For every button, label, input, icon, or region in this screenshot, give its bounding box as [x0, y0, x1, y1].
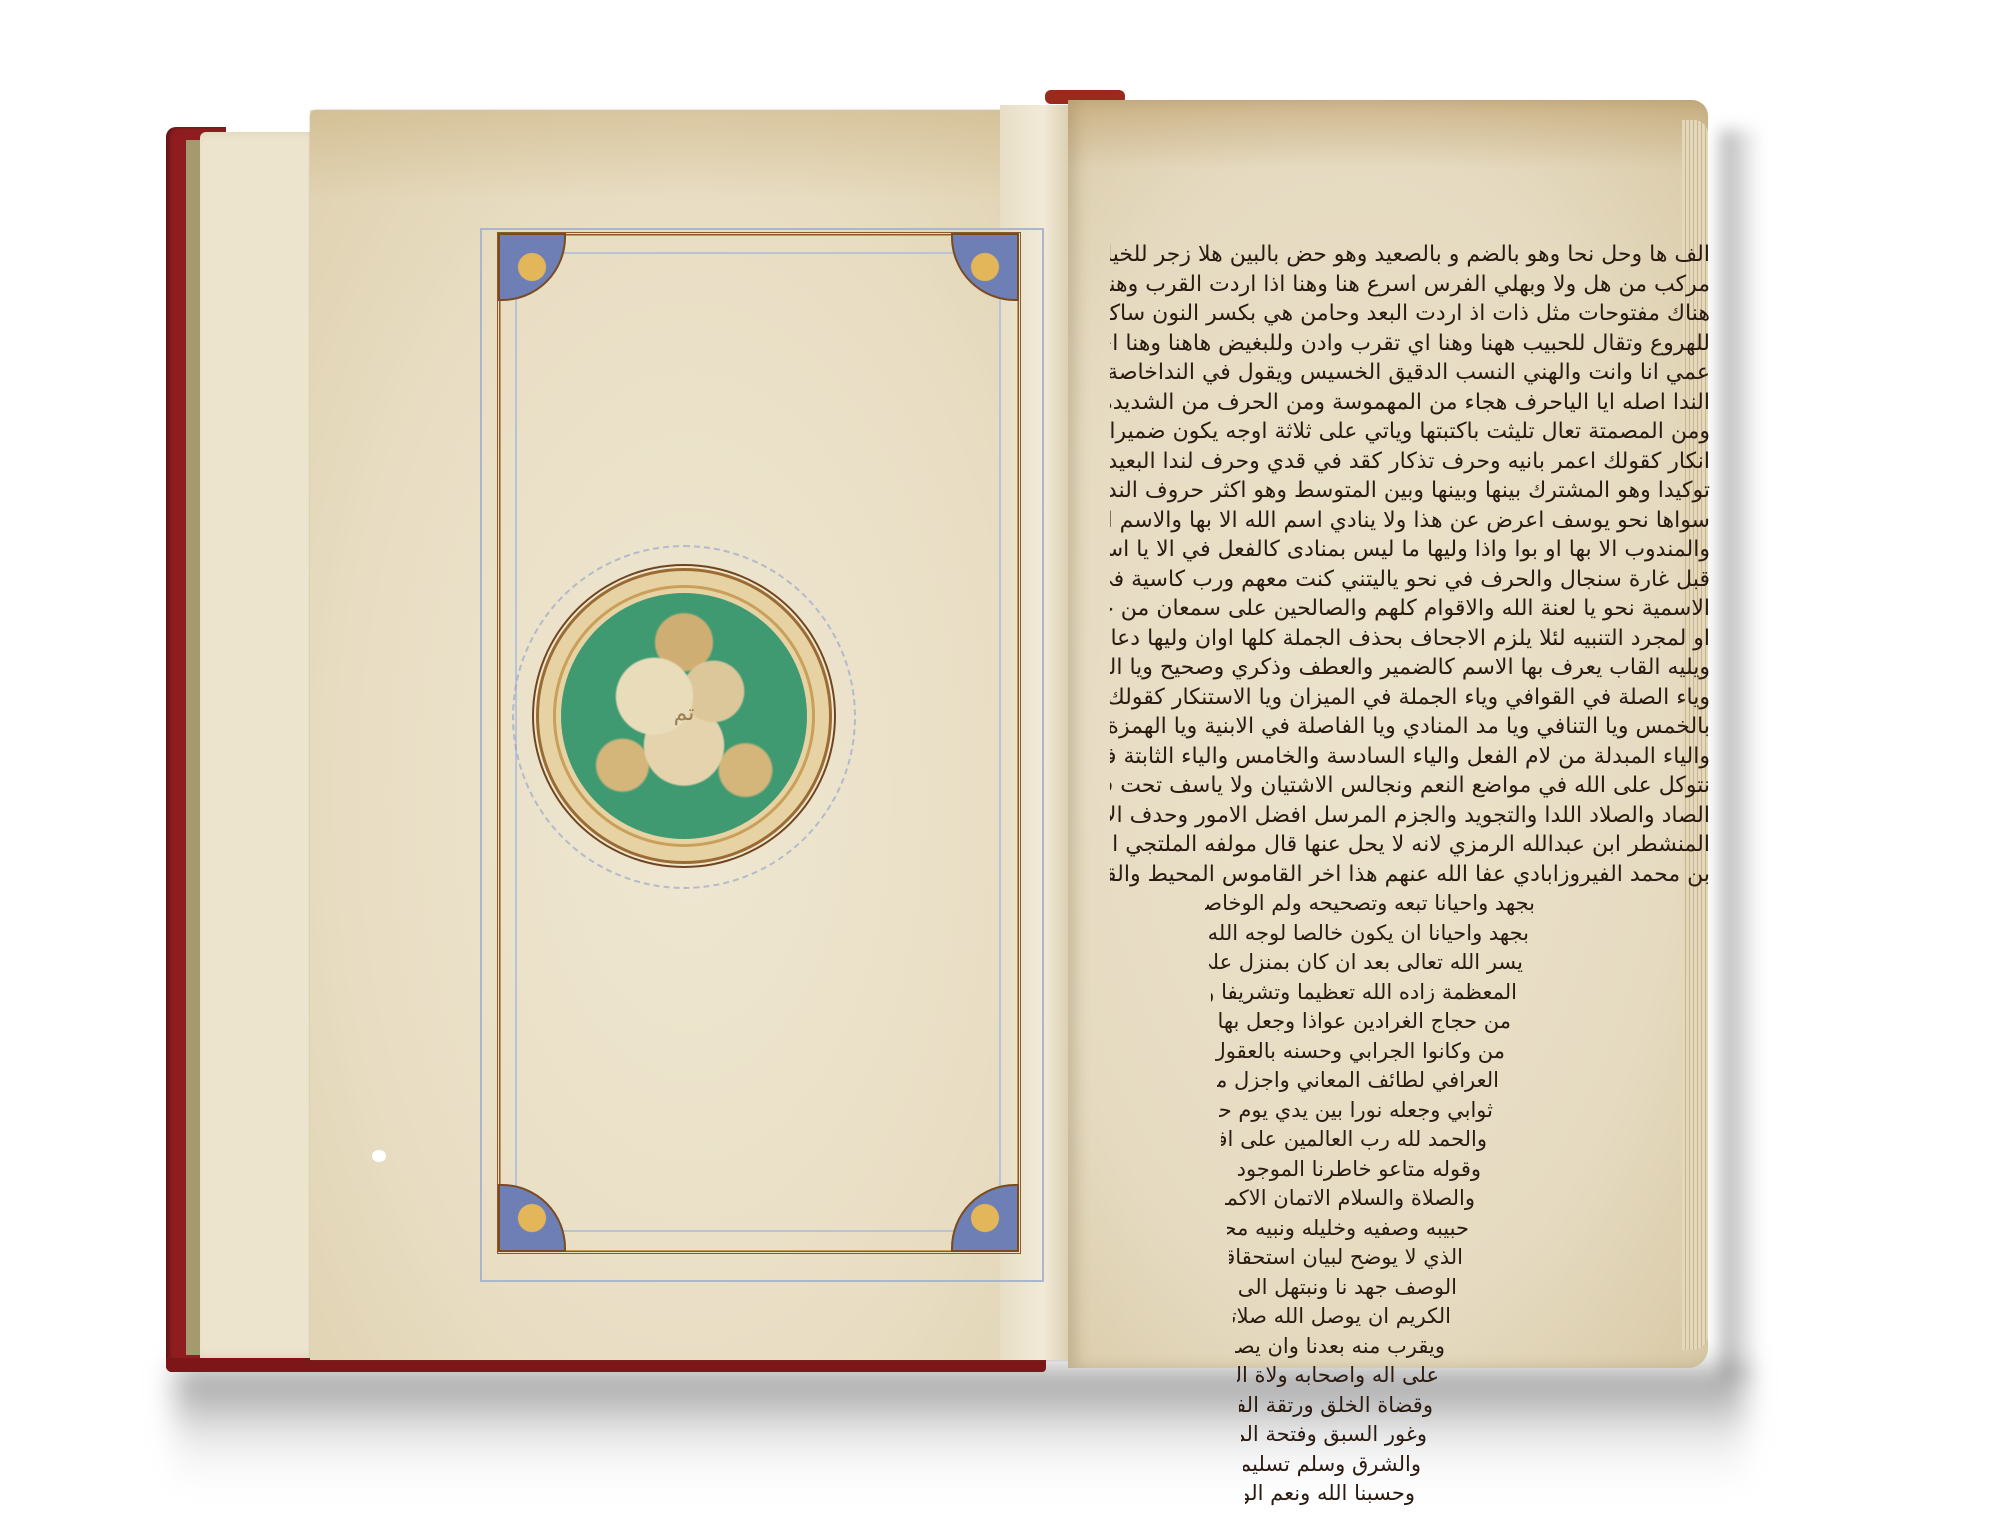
text-line: الندا اصله ايا الياحرف هجاء من المهموسة …	[1110, 388, 1710, 418]
text-line: وحسبنا الله ونعم الوكيل	[1245, 1479, 1415, 1509]
medallion-inscription: تم	[561, 701, 807, 726]
text-line: ويليه القاب يعرف بها الاسم كالضمير والعط…	[1110, 653, 1710, 683]
text-line: سواها نحو يوسف اعرض عن هذا ولا ينادي اسم…	[1110, 506, 1710, 536]
text-line: الصاد والصلاد اللدا والتجويد والجزم المر…	[1110, 801, 1710, 831]
text-line: الاسمية نحو يا لعنة الله والاقوام كلهم و…	[1110, 594, 1710, 624]
text-line: حبيبه وصفيه وخليله ونبيه محمد	[1227, 1214, 1469, 1244]
text-line: وقوله متاعو خاطرنا الموجود	[1223, 1155, 1481, 1185]
text-line: المنشطر ابن عبدالله الرمزي لانه لا يحل ع…	[1110, 830, 1710, 860]
text-line: للهروع وتقال للحبيب ههنا وهنا اي تقرب وا…	[1110, 329, 1710, 359]
text-line: توكيدا وهو المشترك بينها وبينها وبين الم…	[1110, 476, 1710, 506]
text-line: بجهد واحيانا ان يكون خالصا لوجه الله ورض…	[1207, 919, 1529, 949]
text-line: بن محمد الفيروزابادي عفا الله عنهم هذا ا…	[1110, 860, 1710, 890]
text-line: او لمجرد التنبيه لئلا يلزم الاجحاف بحذف …	[1110, 624, 1710, 654]
text-line: وقضاة الخلق ورتقة الفتق	[1239, 1391, 1433, 1421]
text-line: وياء الصلة في القوافي وياء الجملة في الم…	[1110, 683, 1710, 713]
text-line: وغور السبق وفتحة المغرب	[1241, 1420, 1427, 1450]
text-line: والمندوب الا بها او بوا واذا وليها ما لي…	[1110, 535, 1710, 565]
text-line: بجهد واحيانا تبعه وتصحيحه ولم الوخاصة وم…	[1205, 889, 1535, 919]
text-line: والياء المبدلة من لام الفعل والياء الساد…	[1110, 742, 1710, 772]
text-line: ومن المصمتة تعال تليثت باكتبتها وياتي عل…	[1110, 417, 1710, 447]
text-line: مركب من هل ولا وبهلي الفرس اسرع هنا وهنا…	[1110, 270, 1710, 300]
text-line: بالخمس ويا التنافي ويا مد المنادي ويا ال…	[1110, 712, 1710, 742]
book-shadow-right	[1720, 130, 1760, 1380]
medallion-green-field: تم	[561, 593, 807, 839]
text-line: العرافي لطائف المعاني واجزل من فضله الحب…	[1217, 1066, 1499, 1096]
text-line: الف ها وحل نحا وهو بالضم و بالصعيد وهو ح…	[1110, 240, 1710, 270]
text-line: الكريم ان يوصل الله صلاتنا	[1233, 1302, 1451, 1332]
text-line: نتوكل على الله في مواضع النعم ونجالس الا…	[1110, 771, 1710, 801]
arabic-text-block: الف ها وحل نحا وهو بالضم و بالصعيد وهو ح…	[1110, 240, 1710, 1509]
text-line: يسر الله تعالى بعد ان كان بمنزل على الصف…	[1209, 948, 1523, 978]
text-line: من وكانوا الجرابي وحسنه بالعقول المستعري…	[1215, 1037, 1505, 1067]
text-line: ثوابي وجعله نورا بين يدي يوم حسابي	[1219, 1096, 1493, 1126]
text-line: قبل غارة سنجال والحرف في نحو ياليتني كنت…	[1110, 565, 1710, 595]
text-line: والحمد لله رب العالمين على افضل الموجود	[1221, 1125, 1487, 1155]
text-line: عمي انا وانت والهني النسب الدقيق الخسيس …	[1110, 358, 1710, 388]
text-line: الذي لا يوضح لبيان استحقاقه من	[1229, 1243, 1463, 1273]
text-line: والصلاة والسلام الاتمان الاكملان على	[1225, 1184, 1475, 1214]
text-line: على اله واصحابه ولاة الحق	[1237, 1361, 1439, 1391]
paper-loss	[372, 1150, 386, 1162]
text-line: ويقرب منه بعدنا وان يصلي	[1235, 1332, 1445, 1362]
text-line: من حجاج الغرادين عواذا وجعل بها الكتاب ا…	[1213, 1007, 1511, 1037]
binding-bottom-edge	[166, 1358, 1046, 1372]
text-line: هناك مفتوحات مثل ذات اذ اردت البعد وحامن…	[1110, 299, 1710, 329]
water-stain	[310, 110, 1070, 200]
text-line: والشرق وسلم تسليما كثيرا	[1243, 1450, 1421, 1480]
text-line: انكار كقولك اعمر بانيه وحرف تذكار كقد في…	[1110, 447, 1710, 477]
text-line: الوصف جهد نا ونبتهل الى الله	[1231, 1273, 1457, 1303]
manuscript-photo: تم الف ها وحل نحا وهو بالضم و بالصعيد وه…	[0, 0, 2000, 1528]
text-line: المعظمة زاده الله تعظيما وتشريفا وهيا ال…	[1211, 978, 1517, 1008]
illuminated-medallion: تم	[536, 568, 832, 864]
water-stain	[1068, 100, 1708, 170]
